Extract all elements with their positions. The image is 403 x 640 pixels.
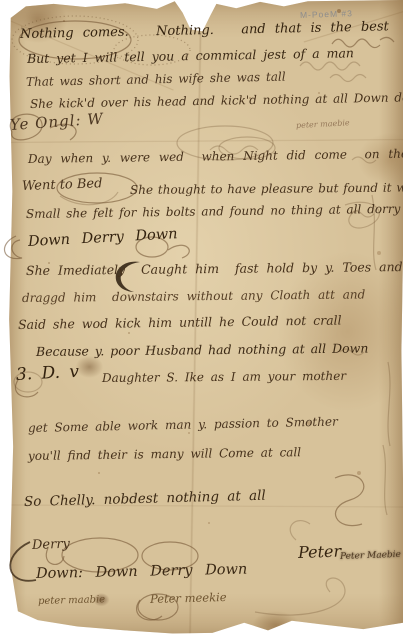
signature-practice: Peter meekie xyxy=(150,590,227,606)
archive-label: M-PoeM #3 xyxy=(300,8,353,20)
poem-line: Went to Bed xyxy=(22,176,103,194)
poem-line: Derry xyxy=(32,537,70,553)
signature-smudged: Peter Maebie xyxy=(340,550,401,562)
foxing-specks xyxy=(6,0,8,2)
poem-line: She thought to have pleasure but found i… xyxy=(130,180,403,197)
poem-line: Daughter S. Ike as I am your mother xyxy=(102,369,346,385)
poem-line: 3. D. v xyxy=(15,362,79,385)
signature: Peter xyxy=(298,542,342,562)
paper-crease xyxy=(6,139,403,144)
scanned-manuscript: M-PoeM #3 peter maebie Nothing comes. No… xyxy=(0,0,403,640)
signature-practice: peter maabie xyxy=(38,594,105,607)
